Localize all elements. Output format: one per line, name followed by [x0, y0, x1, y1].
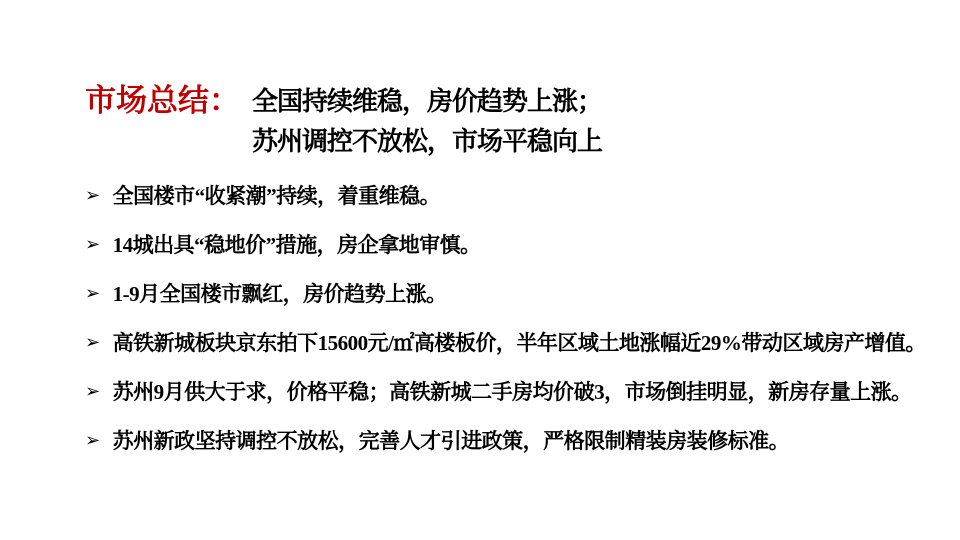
- slide-subtitle-line1: 全国持续维稳，房价趋势上涨；: [252, 82, 602, 122]
- list-item: ➢ 1-9月全国楼市飘红，房价趋势上涨。: [85, 282, 930, 306]
- slide-title-label: 市场总结：: [85, 82, 240, 120]
- list-item: ➢ 苏州新政坚持调控不放松，完善人才引进政策，严格限制精装房装修标准。: [85, 429, 930, 453]
- list-item: ➢ 苏州9月供大于求，价格平稳；高铁新城二手房均价破3，市场倒挂明显，新房存量上…: [85, 380, 930, 404]
- list-item-text: 苏州9月供大于求，价格平稳；高铁新城二手房均价破3，市场倒挂明显，新房存量上涨。: [113, 380, 912, 404]
- arrow-bullet-icon: ➢: [85, 380, 100, 404]
- slide-subtitle: 全国持续维稳，房价趋势上涨； 苏州调控不放松，市场平稳向上: [252, 82, 602, 162]
- list-item: ➢ 14城出具“稳地价”措施，房企拿地审慎。: [85, 233, 930, 257]
- list-item: ➢ 全国楼市“收紧潮”持续，着重维稳。: [85, 184, 930, 208]
- arrow-bullet-icon: ➢: [85, 233, 100, 257]
- list-item-text: 苏州新政坚持调控不放松，完善人才引进政策，严格限制精装房装修标准。: [113, 429, 790, 453]
- slide-title: 市场总结： 全国持续维稳，房价趋势上涨； 苏州调控不放松，市场平稳向上: [85, 82, 602, 162]
- arrow-bullet-icon: ➢: [85, 331, 100, 355]
- arrow-bullet-icon: ➢: [85, 429, 100, 453]
- arrow-bullet-icon: ➢: [85, 184, 100, 208]
- list-item-text: 全国楼市“收紧潮”持续，着重维稳。: [113, 184, 441, 208]
- bullet-list: ➢ 全国楼市“收紧潮”持续，着重维稳。 ➢ 14城出具“稳地价”措施，房企拿地审…: [85, 184, 930, 478]
- list-item: ➢ 高铁新城板块京东拍下15600元/㎡高楼板价，半年区域土地涨幅近29%带动区…: [85, 331, 930, 355]
- slide-subtitle-line2: 苏州调控不放松，市场平稳向上: [252, 122, 602, 162]
- list-item-text: 1-9月全国楼市飘红，房价趋势上涨。: [113, 282, 447, 306]
- list-item-text: 14城出具“稳地价”措施，房企拿地审慎。: [113, 233, 481, 257]
- list-item-text: 高铁新城板块京东拍下15600元/㎡高楼板价，半年区域土地涨幅近29%带动区域房…: [113, 331, 926, 355]
- slide: 市场总结： 全国持续维稳，房价趋势上涨； 苏州调控不放松，市场平稳向上 ➢ 全国…: [0, 0, 960, 540]
- arrow-bullet-icon: ➢: [85, 282, 100, 306]
